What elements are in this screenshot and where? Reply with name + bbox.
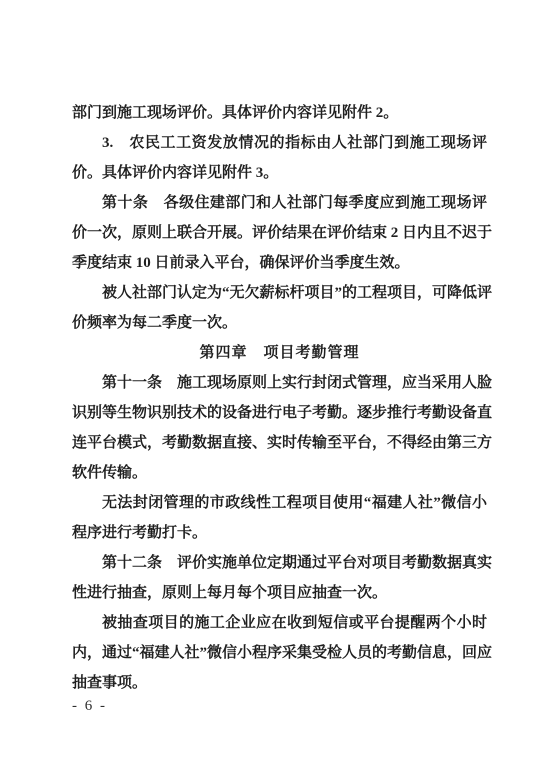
- text-line: 第十二条 评价实施单位定期通过平台对项目考勤数据真实: [72, 548, 487, 578]
- page-number: - 6 -: [72, 698, 107, 715]
- text-line: 程序进行考勤打卡。: [72, 518, 487, 548]
- text-line: 价。具体评价内容详见附件 3。: [72, 158, 487, 188]
- chapter-heading: 第四章 项目考勤管理: [72, 338, 487, 368]
- text-line: 价一次，原则上联合开展。评价结果在评价结束 2 日内且不迟于: [72, 218, 487, 248]
- text-line: 被抽查项目的施工企业应在收到短信或平台提醒两个小时: [72, 608, 487, 638]
- text-line: 连平台模式，考勤数据直接、实时传输至平台，不得经由第三方: [72, 428, 487, 458]
- text-line: 软件传输。: [72, 458, 487, 488]
- text-line: 性进行抽查，原则上每月每个项目应抽查一次。: [72, 578, 487, 608]
- text-line: 价频率为每二季度一次。: [72, 308, 487, 338]
- text-line: 3. 农民工工资发放情况的指标由人社部门到施工现场评: [72, 128, 487, 158]
- text-line: 识别等生物识别技术的设备进行电子考勤。逐步推行考勤设备直: [72, 398, 487, 428]
- text-line: 无法封闭管理的市政线性工程项目使用“福建人社”微信小: [72, 488, 487, 518]
- text-line: 季度结束 10 日前录入平台，确保评价当季度生效。: [72, 248, 487, 278]
- text-line: 第十条 各级住建部门和人社部门每季度应到施工现场评: [72, 188, 487, 218]
- text-line: 被人社部门认定为“无欠薪标杆项目”的工程项目，可降低评: [72, 278, 487, 308]
- text-line: 抽查事项。: [72, 668, 487, 698]
- document-body: 部门到施工现场评价。具体评价内容详见附件 2。 3. 农民工工资发放情况的指标由…: [72, 98, 487, 698]
- text-line: 部门到施工现场评价。具体评价内容详见附件 2。: [72, 98, 487, 128]
- text-line: 内，通过“福建人社”微信小程序采集受检人员的考勤信息，回应: [72, 638, 487, 668]
- document-page: 部门到施工现场评价。具体评价内容详见附件 2。 3. 农民工工资发放情况的指标由…: [0, 0, 555, 783]
- text-line: 第十一条 施工现场原则上实行封闭式管理，应当采用人脸: [72, 368, 487, 398]
